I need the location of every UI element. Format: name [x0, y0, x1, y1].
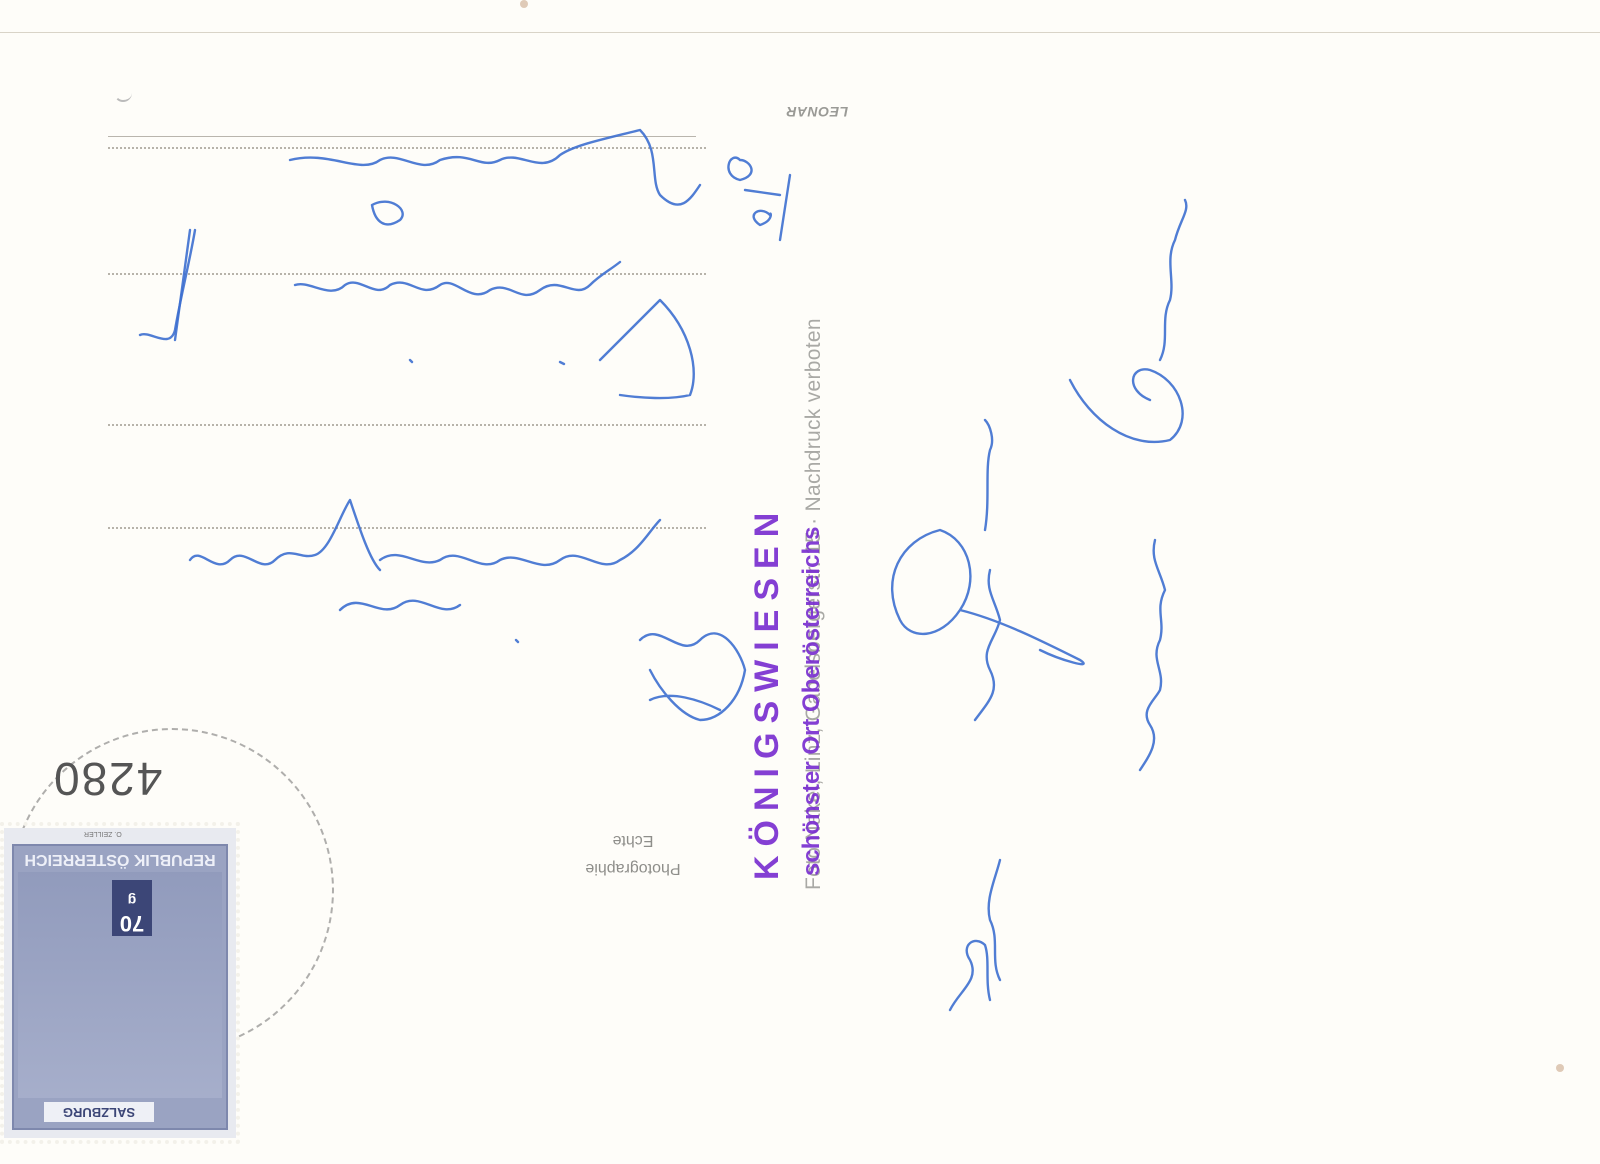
address-line-dotted	[108, 147, 706, 149]
handwritten-slash	[175, 230, 190, 340]
town-rubber-stamp: KÖNIGSWIESEN schönster Ort Oberösterreic…	[748, 360, 848, 880]
handwritten-message-oma	[1070, 200, 1186, 442]
stamp-motif: SALZBURG	[44, 1102, 154, 1122]
stamp-value: 70 g	[112, 880, 152, 936]
stain	[1556, 1064, 1564, 1072]
postmark-code: 4280	[52, 752, 162, 806]
stamp-designer: O. ZEILLER	[84, 830, 122, 837]
address-line-solid	[108, 136, 696, 137]
stamp-slogan: schönster Ort Oberösterreichs	[798, 527, 826, 876]
card-edge-line	[0, 32, 1600, 33]
stamp-country: REPUBLIK ÖSTERREICH	[14, 850, 226, 868]
stamp-value-unit: g	[112, 892, 152, 910]
address-line-dotted	[108, 527, 706, 529]
photo-type-label: Photographie Echte	[548, 826, 718, 882]
echte-text: Echte	[548, 826, 718, 854]
brand-mark: LEONAR	[786, 104, 848, 120]
address-line-dotted	[108, 424, 706, 426]
handwritten-message-herzliche-gruesse	[892, 420, 1083, 1010]
handwritten-address-name	[190, 500, 745, 720]
stamp-town-name: KÖNIGSWIESEN	[748, 504, 787, 880]
handwritten-message-sendet	[1140, 540, 1165, 770]
stain	[520, 0, 528, 8]
stamp-value-number: 70	[112, 910, 152, 936]
pencil-mark	[114, 92, 132, 102]
postcard-back: LEONAR Photographie Echte Foto Nakel, Li…	[0, 0, 1600, 1164]
photographie-text: Photographie	[548, 854, 718, 882]
handwritten-address-street	[140, 230, 694, 398]
address-line-dotted	[108, 273, 706, 275]
postage-stamp: O. ZEILLER REPUBLIK ÖSTERREICH 70 g SALZ…	[4, 828, 236, 1138]
